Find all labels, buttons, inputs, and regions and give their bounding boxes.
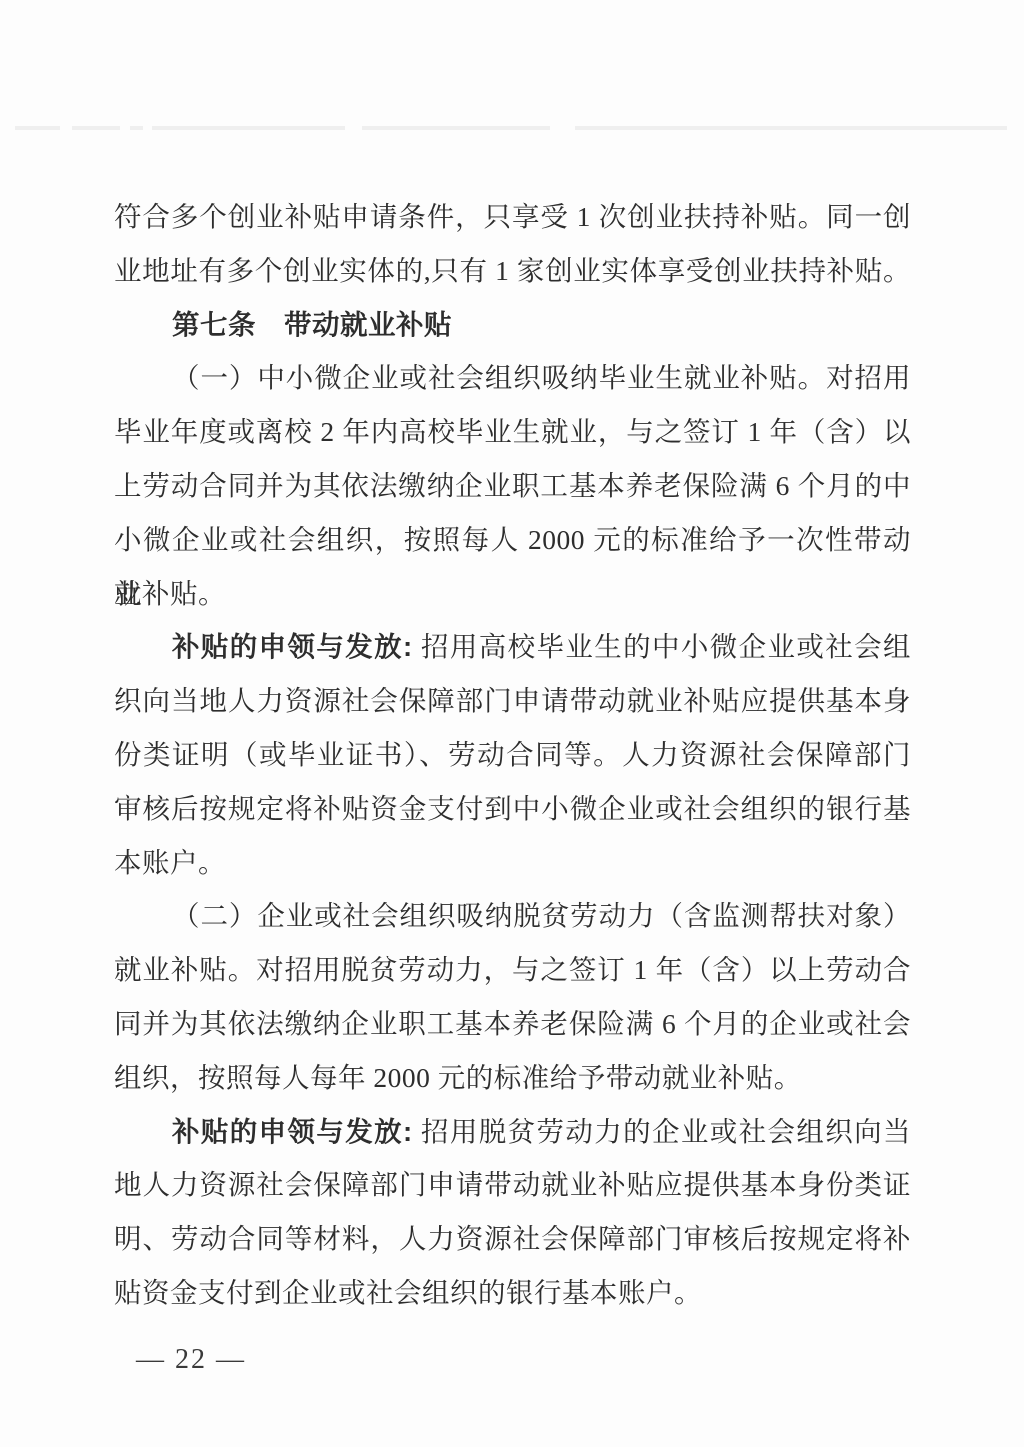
text-run: 招用高校毕业生的中小微企业或社会组 (413, 631, 911, 662)
text-line: 符合多个创业补贴申请条件，只享受 1 次创业扶持补贴。同一创 (114, 190, 911, 244)
section-heading: 第七条 带动就业补贴 (114, 298, 911, 352)
text-run: 上劳动合同并为其依法缴纳企业职工基本养老保险满 6 个月的中 (114, 470, 911, 501)
text-run: 份类证明（或毕业证书）、劳动合同等。人力资源社会保障部门 (114, 739, 911, 770)
text-line: 本账户。 (114, 836, 911, 890)
text-line: 明、劳动合同等材料，人力资源社会保障部门审核后按规定将补 (114, 1212, 911, 1266)
text-line: 组织，按照每人每年 2000 元的标准给予带动就业补贴。 (114, 1051, 911, 1105)
text-run: 织向当地人力资源社会保障部门申请带动就业补贴应提供基本身 (114, 685, 911, 716)
scan-bleed-segment (362, 126, 550, 130)
text-run: 毕业年度或离校 2 年内高校毕业生就业，与之签订 1 年（含）以 (114, 416, 911, 447)
text-line: 就业补贴。对招用脱贫劳动力，与之签订 1 年（含）以上劳动合 (114, 943, 911, 997)
text-line: 地人力资源社会保障部门申请带动就业补贴应提供基本身份类证 (114, 1158, 911, 1212)
text-run: 贴资金支付到企业或社会组织的银行基本账户。 (114, 1277, 702, 1308)
text-line: 上劳动合同并为其依法缴纳企业职工基本养老保险满 6 个月的中 (114, 459, 911, 513)
text-line: 同并为其依法缴纳企业职工基本养老保险满 6 个月的企业或社会 (114, 997, 911, 1051)
text-line: 业补贴。 (114, 567, 911, 621)
text-run: （一）中小微企业或社会组织吸纳毕业生就业补贴。对招用 (172, 362, 911, 393)
text-run: 业补贴。 (114, 578, 226, 609)
scanned-document-page: 符合多个创业补贴申请条件，只享受 1 次创业扶持补贴。同一创业地址有多个创业实体… (0, 0, 1024, 1447)
scan-bleed-segment (130, 126, 143, 130)
text-line: 织向当地人力资源社会保障部门申请带动就业补贴应提供基本身 (114, 674, 911, 728)
text-line: （一）中小微企业或社会组织吸纳毕业生就业补贴。对招用 (114, 351, 911, 405)
scan-bleed-segment (575, 126, 1007, 130)
scan-bleed-segment (152, 126, 345, 130)
text-line: 贴资金支付到企业或社会组织的银行基本账户。 (114, 1266, 911, 1320)
text-run: 本账户。 (114, 847, 226, 878)
bold-text-run: 第七条 带动就业补贴 (172, 309, 452, 340)
text-run: 审核后按规定将补贴资金支付到中小微企业或社会组织的银行基 (114, 793, 911, 824)
text-line: 补贴的申领与发放: 招用脱贫劳动力的企业或社会组织向当 (114, 1105, 911, 1159)
text-run: 符合多个创业补贴申请条件，只享受 1 次创业扶持补贴。同一创 (114, 201, 911, 232)
text-run: 业地址有多个创业实体的,只有 1 家创业实体享受创业扶持补贴。 (114, 255, 911, 286)
scan-bleed-segment (72, 126, 120, 130)
text-line: 业地址有多个创业实体的,只有 1 家创业实体享受创业扶持补贴。 (114, 244, 911, 298)
text-line: 补贴的申领与发放: 招用高校毕业生的中小微企业或社会组 (114, 620, 911, 674)
bold-text-run: 补贴的申领与发放: (172, 1116, 413, 1147)
page-footer: — 22 — (136, 1344, 246, 1376)
text-run: 组织，按照每人每年 2000 元的标准给予带动就业补贴。 (114, 1062, 802, 1093)
scan-bleed-segment (15, 126, 60, 130)
text-run: 招用脱贫劳动力的企业或社会组织向当 (413, 1116, 911, 1147)
bold-text-run: 补贴的申领与发放: (172, 631, 413, 662)
document-body: 符合多个创业补贴申请条件，只享受 1 次创业扶持补贴。同一创业地址有多个创业实体… (114, 190, 911, 1320)
text-line: 毕业年度或离校 2 年内高校毕业生就业，与之签订 1 年（含）以 (114, 405, 911, 459)
text-run: 同并为其依法缴纳企业职工基本养老保险满 6 个月的企业或社会 (114, 1008, 911, 1039)
text-run: （二）企业或社会组织吸纳脱贫劳动力（含监测帮扶对象） (172, 900, 911, 931)
text-line: 审核后按规定将补贴资金支付到中小微企业或社会组织的银行基 (114, 782, 911, 836)
scan-bleed-artifact (0, 126, 1024, 130)
text-run: 就业补贴。对招用脱贫劳动力，与之签订 1 年（含）以上劳动合 (114, 954, 911, 985)
text-line: （二）企业或社会组织吸纳脱贫劳动力（含监测帮扶对象） (114, 889, 911, 943)
text-run: 地人力资源社会保障部门申请带动就业补贴应提供基本身份类证 (114, 1169, 911, 1200)
page-number: — 22 — (136, 1344, 246, 1375)
text-run: 明、劳动合同等材料，人力资源社会保障部门审核后按规定将补 (114, 1223, 911, 1254)
text-line: 份类证明（或毕业证书）、劳动合同等。人力资源社会保障部门 (114, 728, 911, 782)
text-line: 小微企业或社会组织，按照每人 2000 元的标准给予一次性带动就 (114, 513, 911, 567)
